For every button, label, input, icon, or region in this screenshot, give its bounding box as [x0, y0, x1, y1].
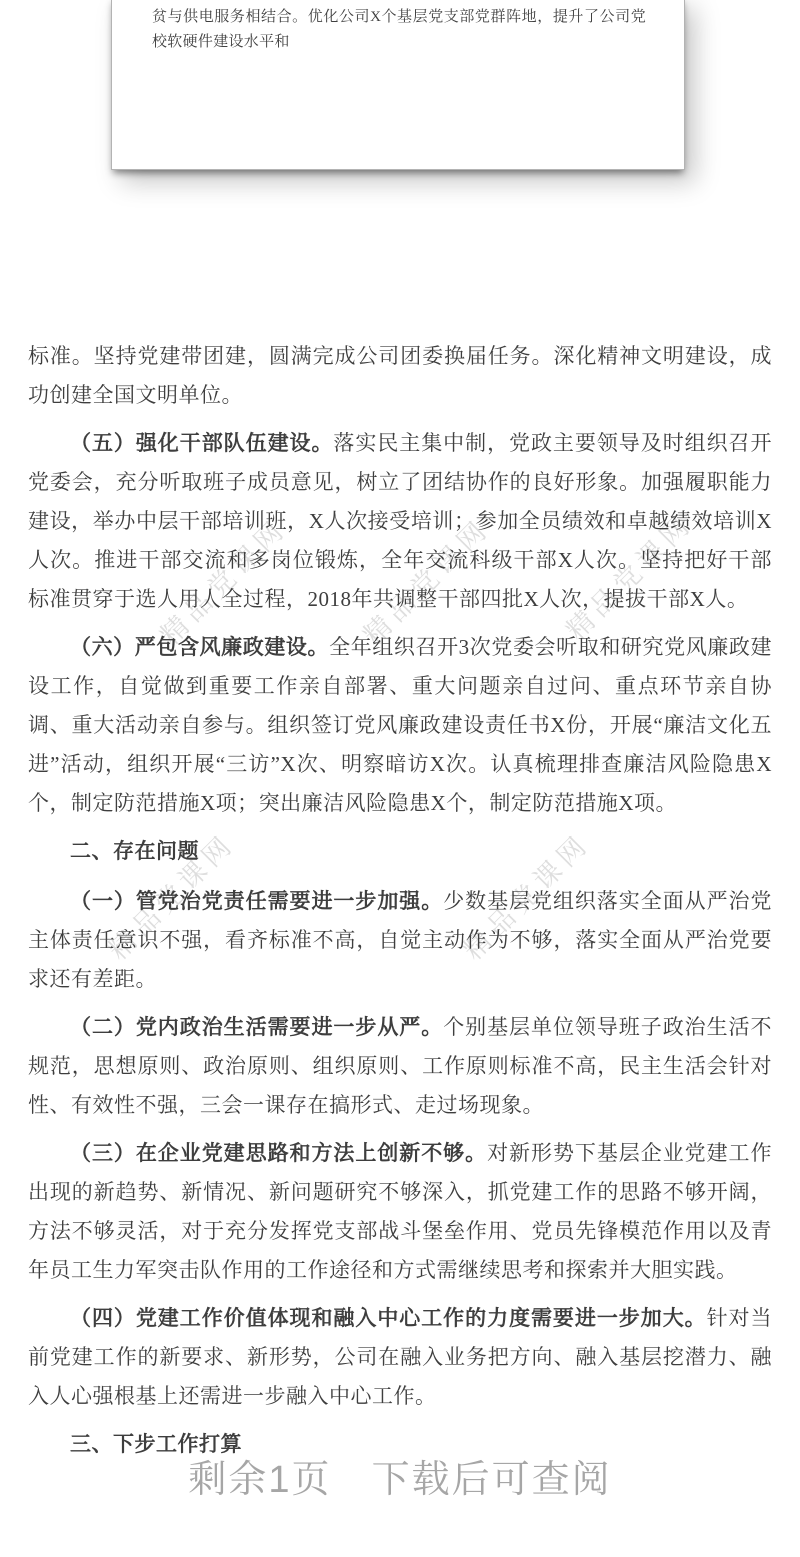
- paragraph-bold-lead: （三）在企业党建思路和方法上创新不够。: [70, 1141, 487, 1165]
- paragraph: （二）党内政治生活需要进一步从严。个别基层单位领导班子政治生活不规范，思想原则、…: [28, 1008, 772, 1125]
- paragraph-bold-lead: （五）强化干部队伍建设。: [70, 431, 333, 455]
- paragraph: （四）党建工作价值体现和融入中心工作的力度需要进一步加大。针对当前党建工作的新要…: [28, 1299, 772, 1416]
- paragraph: （六）严包含风廉政建设。全年组织召开3次党委会听取和研究党风廉政建设工作，自觉做…: [28, 628, 772, 823]
- download-hint-text: 下载后可查阅: [372, 1459, 612, 1501]
- paragraph-bold-lead: （二）党内政治生活需要进一步从严。: [70, 1015, 443, 1039]
- paragraph-bold-lead: （一）管党治党责任需要进一步加强。: [70, 889, 443, 913]
- document-preview-page: { "preview_card": { "text": "贫与供电服务相结合。优…: [0, 0, 800, 1557]
- section-heading: 二、存在问题: [28, 832, 772, 871]
- remaining-pages-notice: 剩余1页下载后可查阅: [0, 1448, 800, 1503]
- paragraph: （一）管党治党责任需要进一步加强。少数基层党组织落实全面从严治党主体责任意识不强…: [28, 882, 772, 999]
- paragraph-bold-lead: （四）党建工作价值体现和融入中心工作的力度需要进一步加大。: [70, 1306, 707, 1330]
- document-page-body: 标准。坚持党建带团建，圆满完成公司团委换届任务。深化精神文明建设，成功创建全国文…: [28, 337, 772, 1475]
- paragraph: （三）在企业党建思路和方法上创新不够。对新形势下基层企业党建工作出现的新趋势、新…: [28, 1134, 772, 1290]
- paragraph: 标准。坚持党建带团建，圆满完成公司团委换届任务。深化精神文明建设，成功创建全国文…: [28, 337, 772, 415]
- paragraph: （五）强化干部队伍建设。落实民主集中制，党政主要领导及时组织召开党委会，充分听取…: [28, 424, 772, 619]
- paragraph-bold-lead: （六）严包含风廉政建设。: [70, 635, 329, 659]
- remaining-pages-text: 剩余1页: [188, 1459, 331, 1501]
- previous-page-tail-text: 贫与供电服务相结合。优化公司X个基层党支部党群阵地，提升了公司党校软硬件建设水平…: [152, 5, 646, 55]
- previous-page-preview-card: 贫与供电服务相结合。优化公司X个基层党支部党群阵地，提升了公司党校软硬件建设水平…: [111, 0, 685, 170]
